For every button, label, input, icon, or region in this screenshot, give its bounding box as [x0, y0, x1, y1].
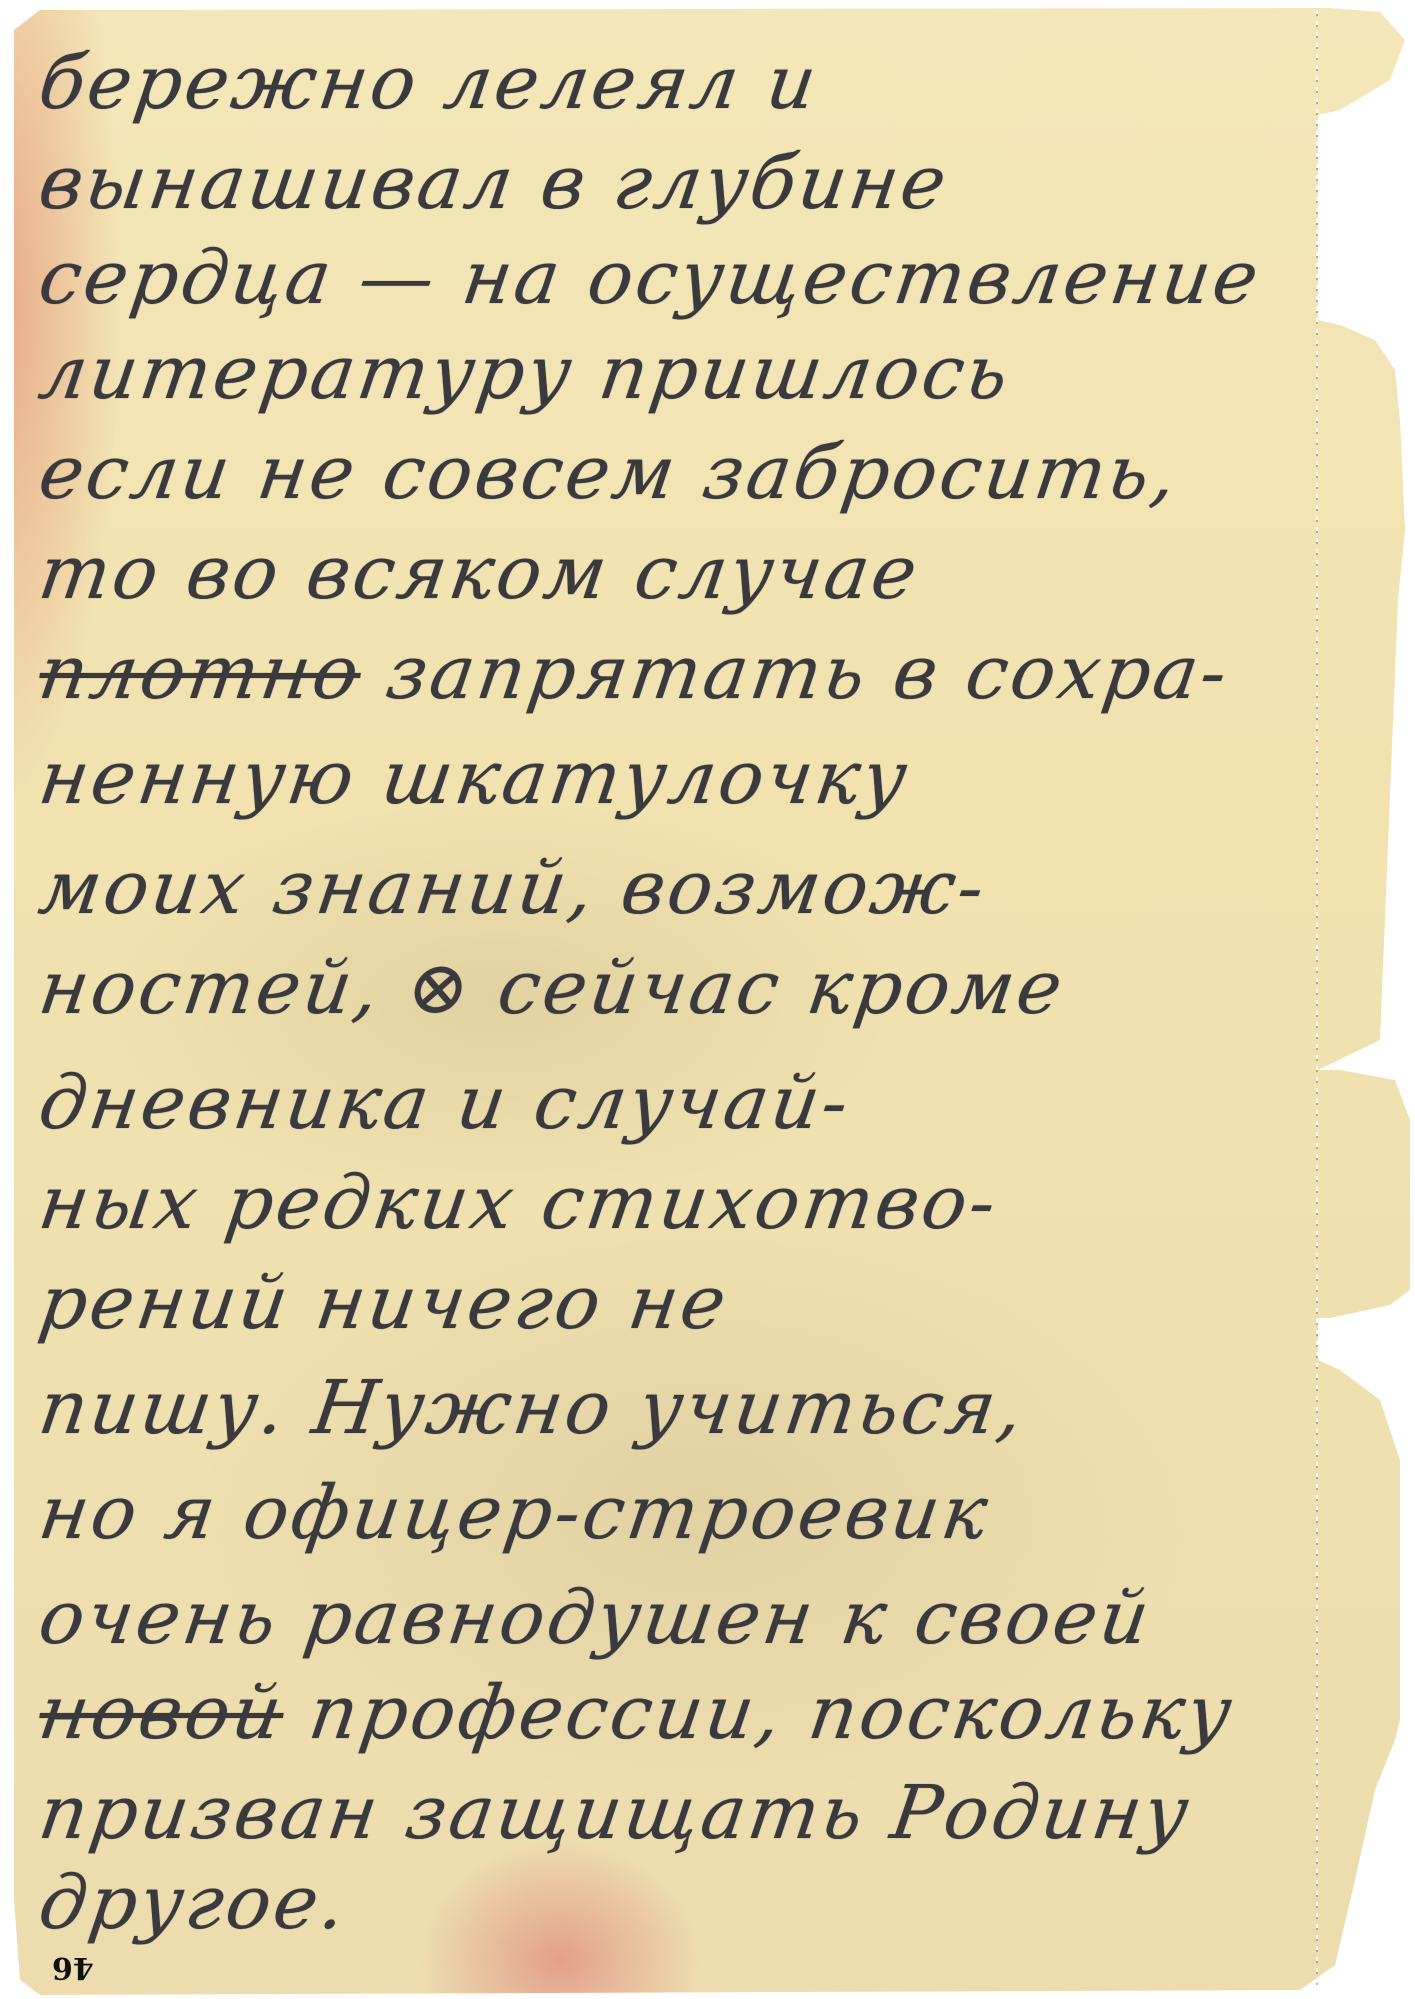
line-text: призван защищать Родину [34, 1770, 1197, 1856]
line-text: вынашивал в глубине [34, 140, 954, 226]
text-line-7: плотно запрятать в сохра- [34, 630, 1235, 716]
line-text: пишу. Нужно учиться, [34, 1365, 1031, 1451]
struck-word: плотно [34, 630, 367, 716]
text-line-16: очень равнодушен к своей [34, 1575, 1157, 1661]
line-text: но я офицер-строевик [34, 1470, 996, 1556]
text-line-1: бережно лелеял и [34, 40, 824, 126]
line-text: бережно лелеял и [34, 40, 824, 126]
text-line-3: сердца — на осуществление [34, 235, 1266, 321]
text-line-17: новой профессии, поскольку [34, 1670, 1240, 1756]
struck-word: новой [34, 1670, 290, 1756]
text-line-18: призван защищать Родину [34, 1770, 1197, 1856]
text-line-4: литературу пришлось [34, 330, 1016, 416]
line-text: то во всяком случае [34, 530, 925, 616]
line-text: моих знаний, возмож- [34, 845, 992, 931]
line-text: очень равнодушен к своей [34, 1575, 1157, 1661]
line-text: если не совсем забросить, [34, 430, 1185, 516]
text-line-15: но я офицер-строевик [34, 1470, 996, 1556]
line-text: ненную шкатулочку [34, 735, 915, 821]
line-text: рений ничего не [34, 1260, 734, 1346]
line-text: литературу пришлось [34, 330, 1016, 416]
line-text: сейчас кроме [466, 945, 1070, 1031]
line-text: ных редких стихотво- [34, 1160, 1004, 1246]
perforation-line [1316, 10, 1318, 1990]
text-line-13: рений ничего не [34, 1260, 734, 1346]
line-text: дневника и случай- [34, 1060, 856, 1146]
line-prefix: ностей, ⊗ [34, 945, 479, 1031]
text-line-2: вынашивал в глубине [34, 140, 954, 226]
page-number: 46 [52, 1950, 94, 1985]
text-line-12: ных редких стихотво- [34, 1160, 1004, 1246]
text-line-14: пишу. Нужно учиться, [34, 1365, 1031, 1451]
line-text: другое. [34, 1860, 354, 1946]
text-line-6: то во всяком случае [34, 530, 925, 616]
line-text: сердца — на осуществление [34, 235, 1266, 321]
text-line-5: если не совсем забросить, [34, 430, 1185, 516]
line-text: запрятать в сохра- [355, 630, 1235, 716]
text-line-10: ностей, ⊗ сейчас кроме [34, 945, 1070, 1031]
line-text: профессии, поскольку [278, 1670, 1240, 1756]
text-line-9: моих знаний, возмож- [34, 845, 992, 931]
text-line-11: дневника и случай- [34, 1060, 856, 1146]
text-line-8: ненную шкатулочку [34, 735, 915, 821]
text-line-19: другое. [34, 1860, 354, 1946]
